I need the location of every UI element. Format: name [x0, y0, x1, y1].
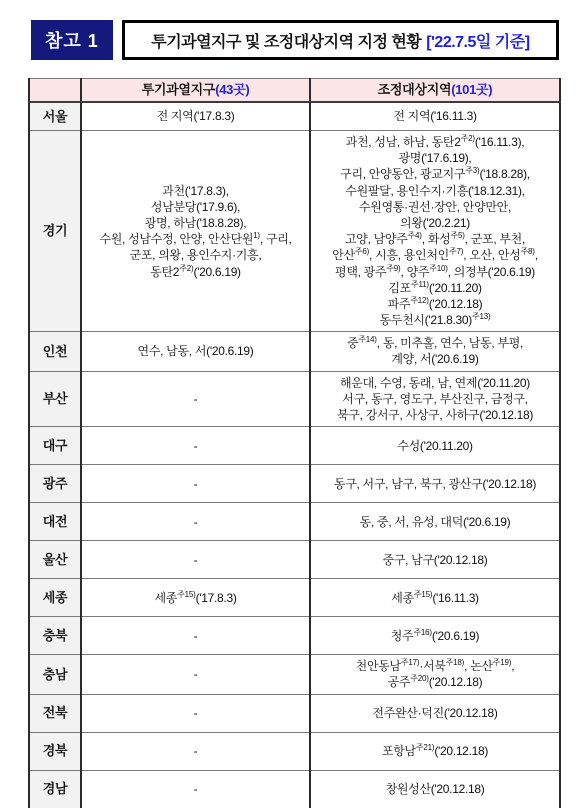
footnote-ref: 주7) — [449, 247, 463, 256]
overheated-cell: 연수, 남동, 서('20.6.19) — [81, 332, 310, 371]
region-cell: 인천 — [29, 332, 81, 371]
overheated-cell: - — [81, 503, 310, 541]
adjusted-cell: 천안동남주17)·서북주18), 논산주19),공주주20)('20.12.18… — [310, 655, 560, 694]
header-adjusted-label: 조정대상지역 — [378, 82, 452, 97]
overheated-cell: 전 지역('17.8.3) — [81, 102, 310, 131]
cell-line: - — [84, 743, 307, 759]
overheated-cell: 세종주15)('17.8.3) — [81, 579, 310, 617]
cell-line: 구리, 안양동안, 광교지구주3)('18.8.28), — [313, 166, 557, 182]
table-row: 전북 - 전주완산·덕진('20.12.18) — [29, 694, 560, 732]
footnote-ref: 주19) — [493, 658, 512, 667]
table-body: 서울 전 지역('17.8.3) 전 지역('16.11.3) 경기 과천('1… — [29, 102, 560, 808]
footnote-ref: 주12) — [410, 296, 429, 305]
reference-tag: 참고 1 — [31, 20, 113, 60]
footnote-ref: 주6) — [355, 247, 369, 256]
adjusted-cell: 동, 중, 서, 유성, 대덕('20.6.19) — [310, 503, 560, 541]
cell-line: - — [84, 391, 307, 407]
table-row: 부산 - 해운대, 수영, 동래, 남, 연제('20.11.20)서구, 동구… — [29, 371, 560, 427]
cell-line: 수원, 성남수정, 안양, 안산단원1), 구리, — [84, 231, 307, 247]
region-cell: 충북 — [29, 617, 81, 655]
region-cell: 전북 — [29, 694, 81, 732]
footnote-ref: 1) — [253, 231, 260, 240]
cell-line: - — [84, 666, 307, 682]
footnote-ref: 주4) — [408, 231, 422, 240]
adjusted-cell: 세종주15)('16.11.3) — [310, 579, 560, 617]
cell-line: 광명('17.6.19), — [313, 150, 557, 166]
overheated-cell: - — [81, 770, 310, 808]
adjusted-cell: 중구, 남구('20.12.18) — [310, 541, 560, 579]
table-row: 경남 - 창원성산('20.12.18) — [29, 770, 560, 808]
overheated-cell: - — [81, 694, 310, 732]
cell-line: - — [84, 476, 307, 492]
region-cell: 경기 — [29, 131, 81, 332]
cell-line: 파주주12)('20.12.18) — [313, 296, 557, 312]
region-cell: 광주 — [29, 465, 81, 503]
cell-line: 동, 중, 서, 유성, 대덕('20.6.19) — [313, 514, 557, 530]
cell-line: 김포주11)('20.11.20) — [313, 280, 557, 296]
cell-line: 해운대, 수영, 동래, 남, 연제('20.11.20) — [313, 375, 557, 391]
footnote-ref: 주9) — [386, 264, 400, 273]
overheated-cell: - — [81, 371, 310, 427]
header-row: 투기과열지구(43곳) 조정대상지역(101곳) — [29, 79, 560, 103]
adjusted-cell: 동구, 서구, 남구, 북구, 광산구('20.12.18) — [310, 465, 560, 503]
cell-line: 서구, 동구, 영도구, 부산진구, 금정구, — [313, 391, 557, 407]
cell-line: 광명, 하남('18.8.28), — [84, 215, 307, 231]
table-row: 인천 연수, 남동, 서('20.6.19) 중주14), 동, 미추홀, 연수… — [29, 332, 560, 371]
footnote-ref: 주10) — [429, 264, 448, 273]
cell-line: 과천, 성남, 하남, 동탄2주2)('16.11.3), — [313, 134, 557, 150]
cell-line: 전주완산·덕진('20.12.18) — [313, 705, 557, 721]
adjusted-cell: 해운대, 수영, 동래, 남, 연제('20.11.20)서구, 동구, 영도구… — [310, 371, 560, 427]
cell-line: 수원팔달, 용인수지·기흥('18.12.31), — [313, 183, 557, 199]
cell-line: - — [84, 552, 307, 568]
overheated-cell: - — [81, 617, 310, 655]
header-overheated-count: (43곳) — [215, 82, 249, 97]
cell-line: 청주주16)('20.6.19) — [313, 628, 557, 644]
table-row: 광주 - 동구, 서구, 남구, 북구, 광산구('20.12.18) — [29, 465, 560, 503]
cell-line: 세종주15)('17.8.3) — [84, 590, 307, 606]
cell-line: 평택, 광주주9), 양주주10), 의정부('20.6.19) — [313, 264, 557, 280]
cell-line: 중주14), 동, 미추홀, 연수, 남동, 부평, — [313, 335, 557, 351]
adjusted-cell: 청주주16)('20.6.19) — [310, 617, 560, 655]
cell-line: 수성('20.11.20) — [313, 438, 557, 454]
footnote-ref: 주13) — [472, 312, 491, 321]
adjusted-cell: 중주14), 동, 미추홀, 연수, 남동, 부평,계양, 서('20.6.19… — [310, 332, 560, 371]
cell-line: 의왕('20.2.21) — [313, 215, 557, 231]
footnote-ref: 주11) — [411, 280, 429, 289]
cell-line: 군포, 의왕, 용인수지·기흥, — [84, 247, 307, 263]
footnote-ref: 주8) — [521, 247, 535, 256]
region-cell: 서울 — [29, 102, 81, 131]
overheated-cell: - — [81, 732, 310, 770]
designation-table: 투기과열지구(43곳) 조정대상지역(101곳) 서울 전 지역('17.8.3… — [28, 78, 561, 808]
footnote-ref: 주15) — [414, 590, 433, 599]
region-cell: 충남 — [29, 655, 81, 694]
cell-line: 동두천시('21.8.30)주13) — [313, 312, 557, 328]
cell-line: 안산주6), 시흥, 용인처인주7), 오산, 안성주8), — [313, 247, 557, 263]
adjusted-cell: 포항남주21)('20.12.18) — [310, 732, 560, 770]
table-row: 대구 - 수성('20.11.20) — [29, 427, 560, 465]
overheated-cell: - — [81, 427, 310, 465]
cell-line: 천안동남주17)·서북주18), 논산주19), — [313, 658, 557, 674]
adjusted-cell: 창원성산('20.12.18) — [310, 770, 560, 808]
cell-line: 계양, 서('20.6.19) — [313, 351, 557, 367]
footnote-ref: 주16) — [413, 628, 432, 637]
adjusted-cell: 수성('20.11.20) — [310, 427, 560, 465]
footnote-ref: 주5) — [450, 231, 464, 240]
overheated-cell: - — [81, 541, 310, 579]
adjusted-cell: 전주완산·덕진('20.12.18) — [310, 694, 560, 732]
footnote-ref: 주3) — [465, 166, 479, 175]
header-region — [29, 79, 81, 103]
adjusted-cell: 과천, 성남, 하남, 동탄2주2)('16.11.3),광명('17.6.19… — [310, 131, 560, 332]
table-row: 경기 과천('17.8.3),성남분당('17.9.6),광명, 하남('18.… — [29, 131, 560, 332]
cell-line: - — [84, 514, 307, 530]
cell-line: 포항남주21)('20.12.18) — [313, 743, 557, 759]
region-cell: 경남 — [29, 770, 81, 808]
cell-line: 동탄2주2)('20.6.19) — [84, 264, 307, 280]
table-row: 대전 - 동, 중, 서, 유성, 대덕('20.6.19) — [29, 503, 560, 541]
footnote-ref: 주20) — [410, 674, 429, 683]
region-cell: 대구 — [29, 427, 81, 465]
page-title-date: ['22.7.5일 기준] — [426, 29, 529, 52]
table-row: 울산 - 중구, 남구('20.12.18) — [29, 541, 560, 579]
page-title: 투기과열지구 및 조정대상지역 지정 현황 ['22.7.5일 기준] — [122, 20, 559, 60]
table-row: 세종 세종주15)('17.8.3) 세종주15)('16.11.3) — [29, 579, 560, 617]
cell-line: 성남분당('17.9.6), — [84, 199, 307, 215]
overheated-cell: - — [81, 655, 310, 694]
footnote-ref: 주2) — [461, 134, 475, 143]
region-cell: 세종 — [29, 579, 81, 617]
table-row: 충남 - 천안동남주17)·서북주18), 논산주19),공주주20)('20.… — [29, 655, 560, 694]
footnote-ref: 주14) — [358, 335, 377, 344]
region-cell: 대전 — [29, 503, 81, 541]
header-overheated: 투기과열지구(43곳) — [81, 79, 310, 103]
footnote-ref: 주2) — [179, 264, 193, 273]
cell-line: - — [84, 705, 307, 721]
header-overheated-label: 투기과열지구 — [142, 82, 216, 97]
cell-line: 창원성산('20.12.18) — [313, 781, 557, 797]
cell-line: 중구, 남구('20.12.18) — [313, 552, 557, 568]
cell-line: 세종주15)('16.11.3) — [313, 590, 557, 606]
document-header: 참고 1 투기과열지구 및 조정대상지역 지정 현황 ['22.7.5일 기준] — [31, 20, 559, 60]
cell-line: 동구, 서구, 남구, 북구, 광산구('20.12.18) — [313, 476, 557, 492]
cell-line: 전 지역('16.11.3) — [313, 108, 557, 124]
overheated-cell: - — [81, 465, 310, 503]
cell-line: - — [84, 438, 307, 454]
cell-line: 북구, 강서구, 사상구, 사하구('20.12.18) — [313, 407, 557, 423]
table-row: 충북 - 청주주16)('20.6.19) — [29, 617, 560, 655]
region-cell: 부산 — [29, 371, 81, 427]
table-row: 경북 - 포항남주21)('20.12.18) — [29, 732, 560, 770]
table-row: 서울 전 지역('17.8.3) 전 지역('16.11.3) — [29, 102, 560, 131]
overheated-cell: 과천('17.8.3),성남분당('17.9.6),광명, 하남('18.8.2… — [81, 131, 310, 332]
region-cell: 울산 — [29, 541, 81, 579]
cell-line: 과천('17.8.3), — [84, 183, 307, 199]
cell-line: - — [84, 628, 307, 644]
footnote-ref: 주21) — [416, 743, 435, 752]
adjusted-cell: 전 지역('16.11.3) — [310, 102, 560, 131]
cell-line: - — [84, 781, 307, 797]
footnote-ref: 주15) — [177, 590, 196, 599]
footnote-ref: 주17) — [401, 658, 420, 667]
header-adjusted-count: (101곳) — [451, 82, 492, 97]
page-title-text: 투기과열지구 및 조정대상지역 지정 현황 — [151, 29, 421, 52]
table-header: 투기과열지구(43곳) 조정대상지역(101곳) — [29, 79, 560, 103]
cell-line: 전 지역('17.8.3) — [84, 108, 307, 124]
cell-line: 고양, 남양주주4), 화성주5), 군포, 부천, — [313, 231, 557, 247]
footnote-ref: 주18) — [446, 658, 465, 667]
cell-line: 연수, 남동, 서('20.6.19) — [84, 343, 307, 359]
region-cell: 경북 — [29, 732, 81, 770]
cell-line: 수원영통·권선·장안, 안양만안, — [313, 199, 557, 215]
header-adjusted: 조정대상지역(101곳) — [310, 79, 560, 103]
cell-line: 공주주20)('20.12.18) — [313, 674, 557, 690]
